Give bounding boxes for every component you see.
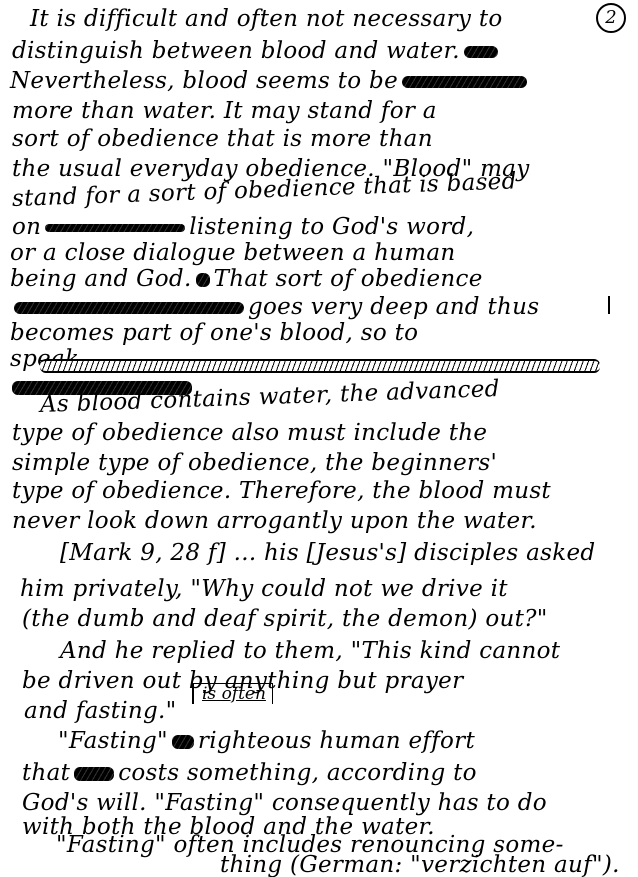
text-line: type of obedience. Therefore, the blood … <box>12 478 551 504</box>
text-segment: being and God. <box>10 266 192 292</box>
text-segment: on <box>12 214 41 240</box>
page-number: 2 <box>596 3 626 33</box>
text-line: being and God.That sort of obedience <box>10 266 483 292</box>
text-line: "Fasting"righteous human effort <box>58 728 475 754</box>
text-line: him privately, "Why could not we drive i… <box>20 576 508 602</box>
text-line: more than water. It may stand for a <box>12 98 437 124</box>
crossed-out-word <box>45 224 185 232</box>
text-segment: costs something, according to <box>118 760 477 786</box>
text-line: It is difficult and often not necessary … <box>30 6 503 32</box>
text-line: or a close dialogue between a human <box>10 240 456 266</box>
text-segment: that <box>22 760 70 786</box>
text-line: (the dumb and deaf spirit, the demon) ou… <box>22 606 548 632</box>
text-segment: righteous human effort <box>198 728 475 754</box>
text-line: goes very deep and thus <box>10 294 539 320</box>
text-segment: That sort of obedience <box>214 266 483 292</box>
crossed-out-word <box>74 767 114 781</box>
text-line: thing (German: "verzichten auf"). <box>220 852 620 877</box>
text-line: simple type of obedience, the beginners' <box>12 450 497 476</box>
text-line: And he replied to them, "This kind canno… <box>60 638 560 664</box>
handwritten-page: 2 It is difficult and often not necessar… <box>0 0 638 877</box>
inserted-text: is often <box>192 683 273 704</box>
text-line: thatcosts something, according to <box>22 760 477 786</box>
text-line: onlistening to God's word, <box>12 214 474 240</box>
crossed-out-word <box>14 302 244 314</box>
text-line: Nevertheless, blood seems to be <box>10 68 531 94</box>
text-line: type of obedience also must include the <box>12 420 487 446</box>
crossed-out-word <box>172 735 194 749</box>
crossed-out-word <box>196 273 210 287</box>
text-segment: "Fasting" <box>58 728 168 754</box>
text-line: becomes part of one's blood, so to <box>10 320 418 346</box>
crossed-out-word <box>464 46 498 58</box>
text-segment: Nevertheless, blood seems to be <box>10 68 398 94</box>
text-line: [Mark 9, 28 f] ... his [Jesus's] discipl… <box>60 540 595 566</box>
text-line: sort of obedience that is more than <box>12 126 433 152</box>
text-segment: listening to God's word, <box>189 214 474 240</box>
crossed-out-word <box>40 359 600 373</box>
crossed-out-word <box>402 76 527 88</box>
text-line: and fasting." <box>24 698 177 724</box>
text-line: distinguish between blood and water. <box>12 38 502 64</box>
text-segment: distinguish between blood and water. <box>12 38 460 64</box>
margin-mark <box>608 296 610 314</box>
text-segment: goes very deep and thus <box>248 294 539 320</box>
text-line: God's will. "Fasting" consequently has t… <box>22 790 547 816</box>
text-line: never look down arrogantly upon the wate… <box>12 508 537 534</box>
